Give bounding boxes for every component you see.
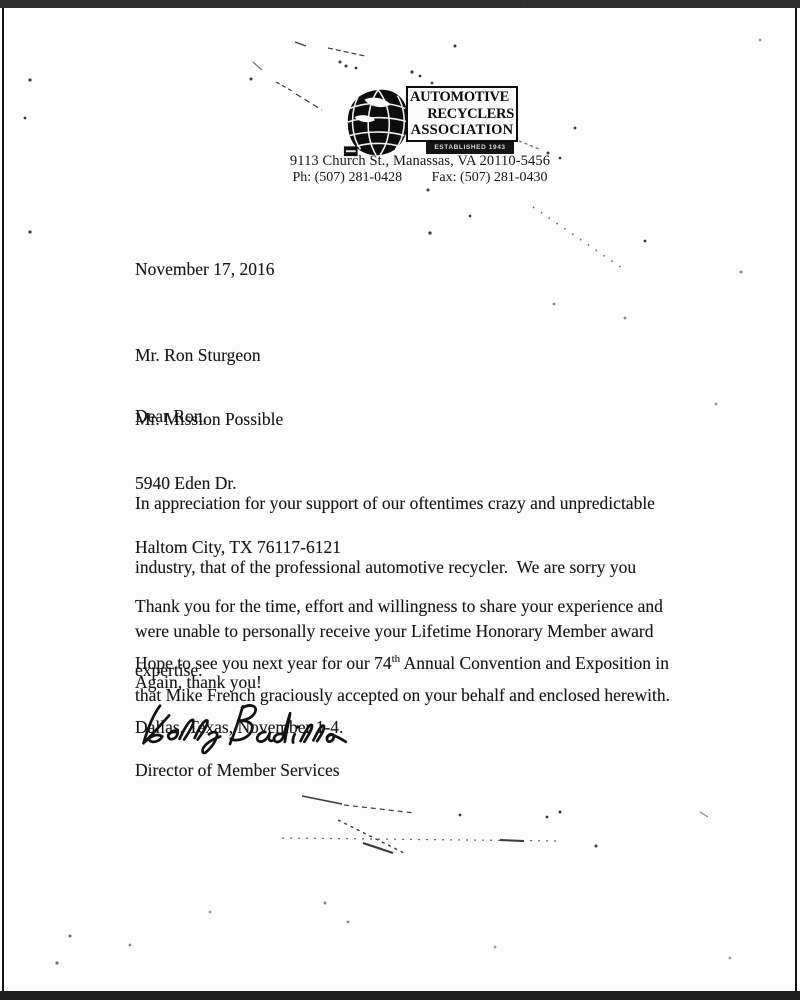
scan-border-right <box>795 8 797 991</box>
scan-border-left <box>2 8 4 991</box>
recipient-name: Mr. Ron Sturgeon <box>135 345 341 366</box>
scanned-letter-page: AUTOMOTIVE RECYCLERS ASSOCIATION ESTABLI… <box>0 0 800 1000</box>
paragraph-line: In appreciation for your support of our … <box>135 493 670 514</box>
logo-line-association: ASSOCIATION <box>410 122 514 139</box>
logo-line-automotive: AUTOMOTIVE <box>410 89 514 106</box>
paragraph-text: Annual Convention and Exposition in <box>400 653 669 673</box>
letterhead-address: 9113 Church St., Manassas, VA 20110-5456 <box>240 153 600 170</box>
paragraph-line: Hope to see you next year for our 74th A… <box>135 653 669 674</box>
fax-number: Fax: (507) 281-0430 <box>432 170 548 185</box>
letter-date: November 17, 2016 <box>135 259 275 280</box>
phone-number: Ph: (507) 281-0428 <box>292 170 402 185</box>
signature-kelly-badillo <box>130 694 348 764</box>
signer-title: Director of Member Services <box>135 760 340 781</box>
paragraph-text: Hope to see you next year for our 74 <box>135 653 392 673</box>
logo-line-recyclers: RECYCLERS <box>410 106 514 123</box>
logo-wordmark: AUTOMOTIVE RECYCLERS ASSOCIATION <box>406 86 518 142</box>
salutation: Dear Ron, <box>135 406 207 427</box>
globe-icon <box>342 87 414 159</box>
ordinal-superscript: th <box>392 653 401 665</box>
ara-logo: AUTOMOTIVE RECYCLERS ASSOCIATION ESTABLI… <box>342 85 516 159</box>
scan-border-bottom <box>0 991 800 1000</box>
scan-border-top <box>0 0 800 8</box>
closing-line: Again, thank you! <box>135 672 262 693</box>
letterhead-phone-fax: Ph: (507) 281-0428 Fax: (507) 281-0430 <box>240 170 600 186</box>
